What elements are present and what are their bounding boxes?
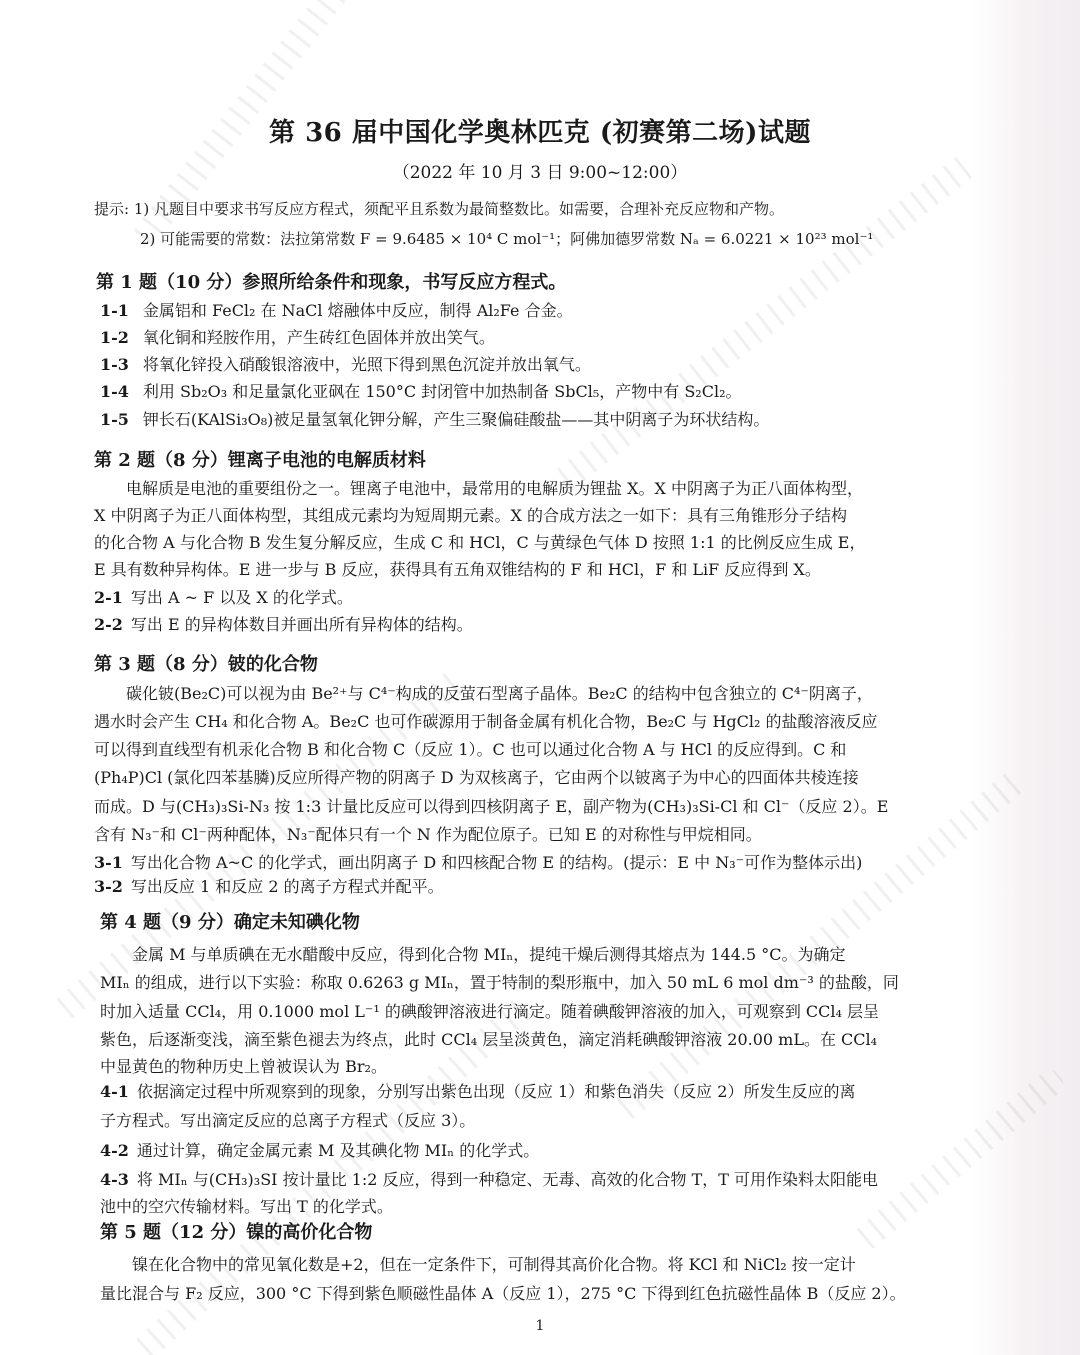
q4-paragraph-line: 紫色，后逐渐变浅，滴至紫色褪去为终点，此时 CCl₄ 层呈淡黄色，滴定消耗碘酸钾… bbox=[100, 1029, 877, 1051]
q1-item-text: 利用 Sb₂O₃ 和足量氯化亚砜在 150°C 封闭管中加热制备 SbCl₅，产… bbox=[143, 382, 742, 401]
q1-item: 1-5钾长石(KAlSi₃O₈)被足量氢氧化钾分解，产生三聚偏硅酸盐——其中阴离… bbox=[100, 409, 769, 431]
q1-item-number: 1-2 bbox=[100, 327, 129, 349]
q3-item-text: 写出化合物 A~C 的化学式，画出阴离子 D 和四核配合物 E 的结构。(提示：… bbox=[131, 853, 862, 872]
q4-item-number: 4-2 bbox=[100, 1140, 129, 1162]
q1-item: 1-4利用 Sb₂O₃ 和足量氯化亚砜在 150°C 封闭管中加热制备 SbCl… bbox=[100, 381, 741, 403]
q4-item: 4-2通过计算，确定金属元素 M 及其碘化物 MIₙ 的化学式。 bbox=[100, 1140, 539, 1162]
q2-item-number: 2-1 bbox=[94, 587, 123, 609]
q2-heading: 第 2 题（8 分）锂离子电池的电解质材料 bbox=[94, 450, 426, 472]
q3-item-number: 3-2 bbox=[94, 876, 123, 898]
q3-paragraph-line: 遇水时会产生 CH₄ 和化合物 A。Be₂C 也可作碳源用于制备金属有机化合物，… bbox=[94, 711, 878, 733]
q4-item-continuation: 池中的空穴传输材料。写出 T 的化学式。 bbox=[100, 1196, 393, 1218]
q4-item-text: 将 MIₙ 与(CH₃)₃SI 按计量比 1:2 反应，得到一种稳定、无毒、高效… bbox=[137, 1170, 878, 1189]
q3-item-number: 3-1 bbox=[94, 852, 123, 874]
watermark bbox=[852, 1066, 1068, 1253]
hint-1: 提示: 1) 凡题目中要求书写反应方程式，须配平且系数为最简整数比。如需要，合理… bbox=[94, 198, 784, 220]
q2-item: 2-1写出 A ~ F 以及 X 的化学式。 bbox=[94, 587, 353, 609]
q2-item-number: 2-2 bbox=[94, 614, 123, 636]
q3-item: 3-2写出反应 1 和反应 2 的离子方程式并配平。 bbox=[94, 876, 444, 898]
exam-page: 第 36 届中国化学奥林匹克 (初赛第二场)试题 （2022 年 10 月 3 … bbox=[0, 0, 1080, 1355]
hint-2: 2) 可能需要的常数：法拉第常数 F = 9.6485 × 10⁴ C mol⁻… bbox=[140, 228, 873, 250]
q4-item: 4-1依据滴定过程中所观察到的现象，分别写出紫色出现（反应 1）和紫色消失（反应… bbox=[100, 1081, 855, 1103]
q1-item-number: 1-1 bbox=[100, 300, 129, 322]
q1-item-number: 1-3 bbox=[100, 354, 129, 376]
q2-paragraph-line: E 具有数种异构体。E 进一步与 B 反应，获得具有五角双锥结构的 F 和 HC… bbox=[94, 559, 821, 581]
q1-item-text: 氧化铜和羟胺作用，产生砖红色固体并放出笑气。 bbox=[143, 328, 495, 347]
q1-item-text: 钾长石(KAlSi₃O₈)被足量氢氧化钾分解，产生三聚偏硅酸盐——其中阴离子为环… bbox=[143, 410, 770, 429]
q4-item-text: 通过计算，确定金属元素 M 及其碘化物 MIₙ 的化学式。 bbox=[137, 1141, 539, 1160]
q3-paragraph-line: (Ph₄P)Cl (氯化四苯基膦)反应所得产物的阴离子 D 为双核离子，它由两个… bbox=[94, 767, 859, 789]
q2-paragraph-line: X 中阴离子为正八面体构型，其组成元素均为短周期元素。X 的合成方法之一如下：具… bbox=[94, 505, 847, 527]
q3-paragraph-line: 可以得到直线型有机汞化合物 B 和化合物 C（反应 1）。C 也可以通过化合物 … bbox=[94, 739, 846, 761]
q5-paragraph-line: 镍在化合物中的常见氧化数是+2，但在一定条件下，可制得其高价化合物。将 KCl … bbox=[100, 1254, 856, 1276]
q2-paragraph-line: 电解质是电池的重要组份之一。锂离子电池中，最常用的电解质为锂盐 X。X 中阴离子… bbox=[94, 478, 863, 500]
q1-item-number: 1-4 bbox=[100, 381, 129, 403]
q4-item: 4-3将 MIₙ 与(CH₃)₃SI 按计量比 1:2 反应，得到一种稳定、无毒… bbox=[100, 1169, 878, 1191]
q1-item: 1-1金属铝和 FeCl₂ 在 NaCl 熔融体中反应，制得 Al₂Fe 合金。 bbox=[100, 300, 573, 322]
q3-item-text: 写出反应 1 和反应 2 的离子方程式并配平。 bbox=[131, 877, 444, 896]
q4-item-text: 依据滴定过程中所观察到的现象，分别写出紫色出现（反应 1）和紫色消失（反应 2）… bbox=[137, 1082, 856, 1101]
q3-heading: 第 3 题（8 分）铍的化合物 bbox=[94, 654, 318, 676]
q1-item: 1-3将氧化锌投入硝酸银溶液中，光照下得到黑色沉淀并放出氧气。 bbox=[100, 354, 591, 376]
page-number: 1 bbox=[0, 1318, 1080, 1334]
q1-item-number: 1-5 bbox=[100, 409, 129, 431]
q4-paragraph-line: 金属 M 与单质碘在无水醋酸中反应，得到化合物 MIₙ，提纯干燥后测得其熔点为 … bbox=[100, 944, 846, 966]
q4-paragraph-line: 时加入适量 CCl₄，用 0.1000 mol L⁻¹ 的碘酸钾溶液进行滴定。随… bbox=[100, 1001, 879, 1023]
q4-item-number: 4-1 bbox=[100, 1081, 129, 1103]
exam-title: 第 36 届中国化学奥林匹克 (初赛第二场)试题 bbox=[0, 112, 1080, 149]
q2-paragraph-line: 的化合物 A 与化合物 B 发生复分解反应，生成 C 和 HCl，C 与黄绿色气… bbox=[94, 532, 866, 554]
q4-heading: 第 4 题（9 分）确定未知碘化物 bbox=[100, 912, 360, 934]
q5-heading: 第 5 题（12 分）镍的高价化合物 bbox=[100, 1222, 372, 1244]
q2-item-text: 写出 A ~ F 以及 X 的化学式。 bbox=[131, 588, 353, 607]
q1-item: 1-2氧化铜和羟胺作用，产生砖红色固体并放出笑气。 bbox=[100, 327, 495, 349]
q2-item-text: 写出 E 的异构体数目并画出所有异构体的结构。 bbox=[131, 615, 473, 634]
q5-paragraph-line: 量比混合与 F₂ 反应，300 °C 下得到紫色顺磁性晶体 A（反应 1），27… bbox=[100, 1283, 906, 1305]
q4-paragraph-line: MIₙ 的组成，进行以下实验：称取 0.6263 g MIₙ，置于特制的梨形瓶中… bbox=[100, 972, 899, 994]
q3-item: 3-1写出化合物 A~C 的化学式，画出阴离子 D 和四核配合物 E 的结构。(… bbox=[94, 852, 862, 874]
q4-item-number: 4-3 bbox=[100, 1169, 129, 1191]
q2-item: 2-2写出 E 的异构体数目并画出所有异构体的结构。 bbox=[94, 614, 473, 636]
q1-item-text: 将氧化锌投入硝酸银溶液中，光照下得到黑色沉淀并放出氧气。 bbox=[143, 355, 591, 374]
q3-paragraph-line: 含有 N₃⁻和 Cl⁻两种配体，N₃⁻配体只有一个 N 作为配位原子。已知 E … bbox=[94, 824, 762, 846]
q4-paragraph-line: 中显黄色的物种历史上曾被误认为 Br₂。 bbox=[100, 1056, 387, 1078]
q3-paragraph-line: 碳化铍(Be₂C)可以视为由 Be²⁺与 C⁴⁻构成的反萤石型离子晶体。Be₂C… bbox=[94, 683, 873, 705]
q1-item-text: 金属铝和 FeCl₂ 在 NaCl 熔融体中反应，制得 Al₂Fe 合金。 bbox=[143, 301, 573, 320]
q4-item-continuation: 子方程式。写出滴定反应的总离子方程式（反应 3）。 bbox=[100, 1110, 475, 1132]
q3-paragraph-line: 而成。D 与(CH₃)₃Si-N₃ 按 1:3 计量比反应可以得到四核阴离子 E… bbox=[94, 796, 888, 818]
q1-heading: 第 1 题（10 分）参照所给条件和现象，书写反应方程式。 bbox=[96, 272, 566, 294]
exam-date: （2022 年 10 月 3 日 9:00~12:00） bbox=[0, 158, 1080, 183]
